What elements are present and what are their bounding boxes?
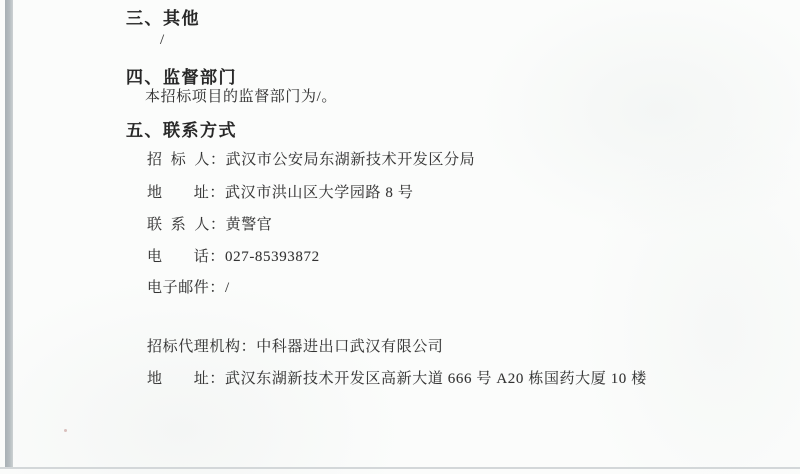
contact-row-bidder: 招 标 人：武汉市公安局东湖新技术开发区分局	[147, 148, 475, 169]
field-value-address: 武汉市洪山区大学园路 8 号	[225, 185, 413, 201]
contact-row-address: 地 址：武汉市洪山区大学园路 8 号	[147, 181, 413, 202]
scanned-document-page: 三、其他 / 四、监督部门 本招标项目的监督部门为/。 五、联系方式 招 标 人…	[0, 0, 800, 474]
field-label-person: 联 系 人：	[147, 213, 226, 234]
field-value-phone: 027-85393872	[225, 249, 320, 265]
field-label-agency: 招标代理机构：	[147, 335, 256, 356]
scan-speck	[64, 429, 67, 432]
contact-row-person: 联 系 人：黄警官	[147, 213, 272, 234]
field-value-agency: 中科器进出口武汉有限公司	[256, 339, 443, 355]
supervision-section-body: 本招标项目的监督部门为/。	[145, 85, 337, 106]
field-value-bidder: 武汉市公安局东湖新技术开发区分局	[226, 152, 476, 168]
contact-row-phone: 电 话：027-85393872	[147, 245, 320, 266]
contact-row-email: 电子邮件：/	[147, 276, 230, 297]
other-section-body: /	[160, 32, 165, 49]
field-label-email: 电子邮件：	[147, 276, 225, 297]
field-value-email: /	[225, 280, 230, 296]
field-label-bidder: 招 标 人：	[147, 148, 226, 169]
agency-row-address: 地 址：武汉东湖新技术开发区高新大道 666 号 A20 栋国药大厦 10 楼	[147, 367, 647, 388]
field-value-person: 黄警官	[226, 217, 273, 233]
field-label-phone: 电 话：	[147, 245, 225, 266]
field-label-address: 地 址：	[147, 181, 225, 202]
field-value-agency-address: 武汉东湖新技术开发区高新大道 666 号 A20 栋国药大厦 10 楼	[225, 371, 647, 387]
scan-bottom-edge-line	[0, 467, 800, 469]
scan-edge-strip	[5, 0, 13, 468]
section-heading-contact: 五、联系方式	[126, 116, 237, 141]
agency-row-name: 招标代理机构：中科器进出口武汉有限公司	[147, 335, 443, 356]
section-heading-other: 三、其他	[126, 4, 200, 29]
field-label-agency-address: 地 址：	[147, 367, 225, 388]
